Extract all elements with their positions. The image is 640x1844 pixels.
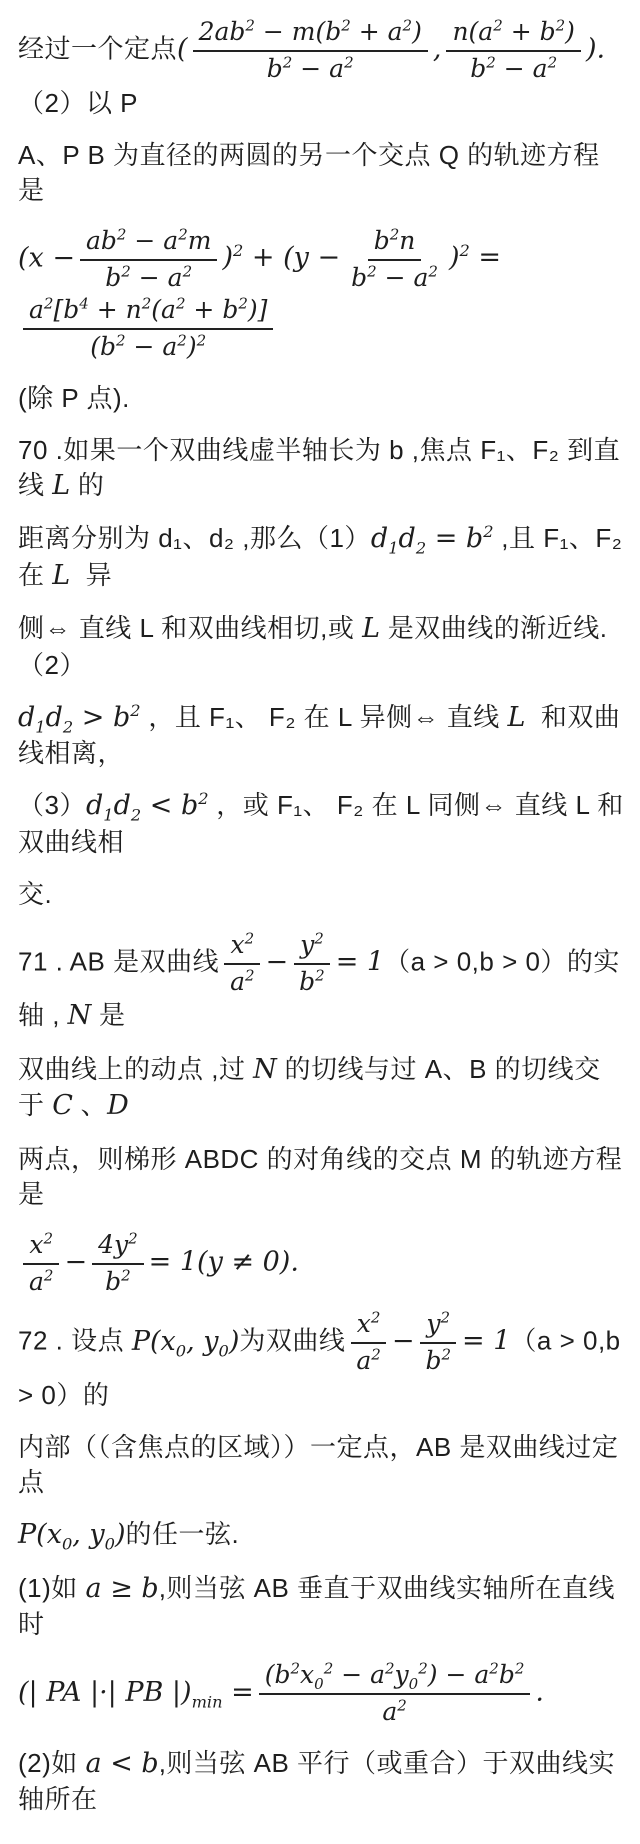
math-fraction: a2[b4 + n2(a2 + b2)](b2 − a2)2 [23, 296, 273, 362]
text-run: 内部（（含焦点的区域））一定点，AB 是双曲线过定点 [18, 1432, 618, 1497]
item70-line5: （3）d1d2 < b2 ，或 F₁、 F₂ 在 L 同侧⇔ 直线 L 和双曲线… [18, 788, 626, 860]
math-run: = 1(y ≠ 0). [149, 1247, 299, 1278]
math-fraction: (b2x02 − a2y02) − a2b2a2 [259, 1661, 531, 1727]
fraction-denominator: a2 [350, 1344, 386, 1376]
math-run: (b2 − a2)2 [90, 332, 206, 361]
math-run: b2 [105, 1267, 131, 1296]
math-run: L [52, 560, 70, 591]
fraction-numerator: (b2x02 − a2y02) − a2b2 [259, 1661, 531, 1695]
item70-line2: 距离分别为 d₁、d₂ ,那么（1）d1d2 = b2 ,且 F₁、F₂ 在 L… [18, 521, 626, 594]
text-run: 经过一个定点 [18, 34, 177, 64]
math-run: b2 [425, 1346, 451, 1375]
math-run: b2 − a2 [267, 54, 354, 83]
math-run: L [362, 613, 380, 644]
math-run: 2ab2 − m(b2 + a2) [199, 17, 422, 46]
math-run: a ≥ b [86, 1573, 159, 1604]
fraction-numerator: ab2 − a2m [80, 227, 217, 261]
fraction-denominator: (b2 − a2)2 [84, 330, 212, 362]
math-run: (| PA |·| PB |)min = [18, 1677, 254, 1708]
math-run: y2 [426, 1309, 450, 1338]
math-run: (b2x02 − a2y02) − a2b2 [265, 1660, 525, 1689]
fraction-denominator: a2 [224, 965, 260, 997]
math-run: x2 [29, 1230, 53, 1259]
item72-line3: P(x0, y0)的任一弦. [18, 1517, 626, 1553]
math-run: N [68, 1000, 92, 1031]
math-fraction: n(a2 + b2)b2 − a2 [446, 18, 580, 84]
math-run: . [535, 1677, 544, 1708]
math-run: b2 − a2 [105, 263, 192, 292]
math-run: x2 [357, 1309, 381, 1338]
math-run: L [508, 702, 526, 733]
math-run: 4y2 [98, 1230, 138, 1259]
text-run: 交. [18, 879, 52, 909]
math-run: − [64, 1247, 87, 1278]
item72-line1: 72 . 设点 P(x0, y0)为双曲线x2a2−y2b2= 1（a > 0,… [18, 1308, 626, 1413]
text-run: 双曲线上的动点 ,过 [18, 1054, 253, 1084]
fraction-denominator: b2 − a2 [345, 261, 444, 293]
fraction-numerator: b2n [368, 227, 422, 261]
math-run: C [52, 1090, 73, 1121]
math-run: n(a2 + b2) [452, 17, 574, 46]
math-fraction: 2ab2 − m(b2 + a2)b2 − a2 [193, 18, 428, 84]
item72-case2-line: (2)如 a < b,则当弦 AB 平行（或重合）于双曲线实轴所在 [18, 1746, 626, 1818]
text-run: 的 [70, 470, 104, 500]
text-run: 两点，则梯形 ABDC 的对角线的交点 M 的轨迹方程是 [18, 1144, 622, 1209]
fraction-numerator: a2[b4 + n2(a2 + b2)] [23, 296, 273, 330]
math-fraction: x2a2 [23, 1231, 59, 1297]
item71-line1: 71 . AB 是双曲线x2a2−y2b2= 1（a > 0,b > 0）的实轴… [18, 929, 626, 1035]
text-run: 71 . AB 是双曲线 [18, 947, 219, 977]
math-run: , [433, 34, 442, 65]
fraction-denominator: b2 − a2 [99, 261, 198, 293]
math-run: )2 = [449, 242, 501, 273]
fraction-numerator: 2ab2 − m(b2 + a2) [193, 18, 428, 52]
math-run: b2 − a2 [470, 54, 557, 83]
math-fraction: b2nb2 − a2 [345, 227, 444, 293]
item71-line2: 双曲线上的动点 ,过 N 的切线与过 A、B 的切线交于 C 、D [18, 1052, 626, 1125]
math-run: P(x0, y0) [132, 1326, 240, 1357]
math-run: a2 [230, 967, 254, 996]
item71-locus-equation: x2a2−4y2b2= 1(y ≠ 0). [18, 1229, 626, 1299]
math-run: b2n [374, 226, 416, 255]
fraction-numerator: 4y2 [92, 1231, 144, 1265]
item72-min-formula: (| PA |·| PB |)min =(b2x02 − a2y02) − a2… [18, 1659, 626, 1729]
text-run: 距离分别为 d₁、d₂ ,那么（1） [18, 523, 371, 553]
item69-fixed-point-line: 经过一个定点(2ab2 − m(b2 + a2)b2 − a2,n(a2 + b… [18, 16, 626, 121]
item69-except-point-p: (除 P 点). [18, 381, 626, 416]
document-body: 经过一个定点(2ab2 − m(b2 + a2)b2 − a2,n(a2 + b… [18, 16, 626, 1817]
math-run: b2 [299, 967, 325, 996]
math-fraction: ab2 − a2mb2 − a2 [80, 227, 217, 293]
math-run: a2 [382, 1697, 406, 1726]
math-run: P(x0, y0) [18, 1519, 126, 1550]
math-run: a2 [29, 1267, 53, 1296]
fraction-denominator: b2 − a2 [464, 52, 563, 84]
math-run: y2 [300, 930, 324, 959]
math-run: ). [586, 34, 605, 65]
fraction-numerator: n(a2 + b2) [446, 18, 580, 52]
text-run: （2）以 P [18, 88, 138, 118]
document-page: 经过一个定点(2ab2 − m(b2 + a2)b2 − a2,n(a2 + b… [18, 16, 626, 1817]
item70-line4: d1d2 > b2 ，且 F₁、 F₂ 在 L 异侧⇔ 直线 L 和双曲线相离， [18, 700, 626, 772]
text-run: 是 [91, 1000, 125, 1030]
text-run: 为双曲线 [239, 1326, 345, 1356]
text-run: 侧⇔ 直线 L 和双曲线相切,或 [18, 613, 362, 643]
math-fraction: y2b2 [419, 1310, 457, 1376]
fraction-numerator: y2 [420, 1310, 456, 1344]
fraction-denominator: a2 [376, 1695, 412, 1727]
text-run: A、P B 为直径的两圆的另一个交点 Q 的轨迹方程是 [18, 140, 600, 205]
item71-line3: 两点，则梯形 ABDC 的对角线的交点 M 的轨迹方程是 [18, 1142, 626, 1212]
item72-line2: 内部（（含焦点的区域））一定点，AB 是双曲线过定点 [18, 1430, 626, 1500]
item70-line3: 侧⇔ 直线 L 和双曲线相切,或 L 是双曲线的渐近线.（2） [18, 611, 626, 683]
text-run: (除 P 点). [18, 383, 130, 413]
math-run: a < b [86, 1748, 159, 1779]
math-fraction: 4y2b2 [92, 1231, 144, 1297]
fraction-numerator: x2 [23, 1231, 59, 1265]
math-fraction: y2b2 [293, 931, 331, 997]
math-fraction: x2a2 [350, 1310, 386, 1376]
text-run: 、 [73, 1090, 107, 1120]
math-run: (x − [18, 242, 75, 273]
math-run: d1d2 < b2 [86, 790, 209, 821]
item70-line6: 交. [18, 877, 626, 912]
item69-locus-equation: (x −ab2 − a2mb2 − a2)2 + (y −b2nb2 − a2)… [18, 225, 626, 364]
item69-circles-intersection-line: A、P B 为直径的两圆的另一个交点 Q 的轨迹方程是 [18, 138, 626, 208]
fraction-denominator: b2 [419, 1344, 457, 1376]
math-run: − [392, 1326, 415, 1357]
text-run: 的任一弦. [126, 1519, 240, 1549]
math-run: − [266, 947, 289, 978]
text-run: ，且 F₁、 F₂ 在 L 异侧⇔ 直线 [141, 702, 508, 732]
text-run: (1)如 [18, 1573, 86, 1603]
fraction-denominator: b2 [99, 1265, 137, 1297]
math-run: x2 [230, 930, 254, 959]
math-run: b2 − a2 [351, 263, 438, 292]
fraction-denominator: a2 [23, 1265, 59, 1297]
text-run: (2)如 [18, 1748, 86, 1778]
fraction-numerator: y2 [294, 931, 330, 965]
math-run: a2 [356, 1346, 380, 1375]
math-run: ( [177, 34, 188, 65]
fraction-numerator: x2 [351, 1310, 387, 1344]
math-run: )2 + (y − [222, 242, 340, 273]
math-run: D [107, 1090, 129, 1121]
text-run: 70 .如果一个双曲线虚半轴长为 b ,焦点 F₁、F₂ 到直线 [18, 435, 620, 500]
math-run: ab2 − a2m [86, 226, 211, 255]
text-run: （3） [18, 790, 86, 820]
math-run: = 1 [336, 947, 384, 978]
item72-case1-line: (1)如 a ≥ b,则当弦 AB 垂直于双曲线实轴所在直线时 [18, 1571, 626, 1643]
text-run: 异 [70, 560, 112, 590]
text-run: 72 . 设点 [18, 1326, 132, 1356]
math-fraction: x2a2 [224, 931, 260, 997]
math-run: = 1 [462, 1326, 510, 1357]
math-run: d1d2 = b2 [371, 523, 494, 554]
fraction-denominator: b2 [293, 965, 331, 997]
fraction-denominator: b2 − a2 [261, 52, 360, 84]
math-run: a2[b4 + n2(a2 + b2)] [29, 295, 267, 324]
math-run: N [253, 1054, 277, 1085]
math-run: L [52, 470, 70, 501]
math-run: d1d2 > b2 [18, 702, 141, 733]
item70-line1: 70 .如果一个双曲线虚半轴长为 b ,焦点 F₁、F₂ 到直线 L 的 [18, 433, 626, 505]
fraction-numerator: x2 [224, 931, 260, 965]
